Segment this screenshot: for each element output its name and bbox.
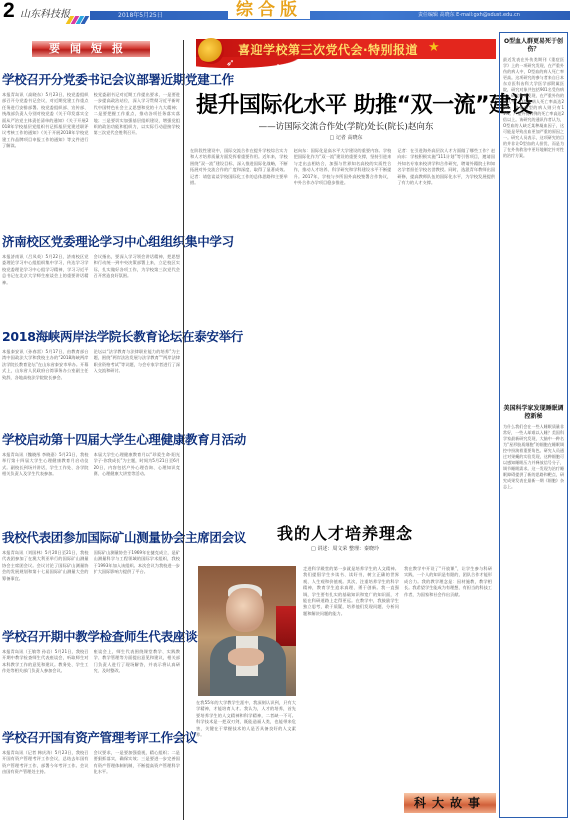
photo-hands xyxy=(228,648,264,666)
talk-column: 走进科学殿堂的第一步就是培养学生的人文精神。我们提倡学生多读书、读好书，树立正确… xyxy=(303,566,399,818)
story-headline[interactable]: 学校启动第十四届大学生心理健康教育月活动 xyxy=(2,430,180,448)
story-body: 本报青岛讯（高晓东）5月23日，校党委组织部召开分党委书记会议，对近期党建工作重… xyxy=(2,92,89,236)
sidebar-body: 最近发表在外伤类期刊《重症医学》上的一项研究发现，在严重外伤的病人中，O型血的病… xyxy=(503,57,564,397)
brief-story[interactable]: 我校代表团参加国际矿山测量协会主席团会议 本报青岛讯（刘国林）5月20日至21日… xyxy=(2,528,180,614)
photo-head xyxy=(226,588,264,632)
party-emblem-icon xyxy=(198,38,224,64)
talk-intro-text: 在我55年的大学教学生涯中，我深刻认识到，只有大学精神，才能培育人才。我认为，人… xyxy=(196,700,296,818)
story-body: 校党委副书记对近期工作提出要求，一是要进一步提高政治站位，深入学习贯彻习近平新时… xyxy=(94,92,181,236)
photo-books xyxy=(276,606,296,646)
page-number: 2 xyxy=(3,1,15,21)
brief-story[interactable]: 济南校区党委理论学习中心组组织集中学习 本报济南讯（吕凤英）5月22日，济南校区… xyxy=(2,232,180,312)
feature-column: 记者：在引进海外高层次人才方面做了哪些工作？赵向东：学校积极实施“111计划”等… xyxy=(397,148,495,496)
story-body: 论坛以“法学教育与法律职业能力的培养”为主题，围绕“两岸法治发展与法学教育”“两… xyxy=(94,349,181,425)
brief-story[interactable]: 学校召开国有资产管理考评工作会议 本报青岛讯（记者 韩庆涛）5月23日，我校召开… xyxy=(2,728,180,820)
masthead: 2 山东科技报 2018年5月25日 综合版 责任编辑 高晓东 E-mail:g… xyxy=(0,0,570,22)
story-body: 本报青岛讯（记者 韩庆涛）5月23日，我校召开国有资产管理考评工作会议，总结去年… xyxy=(2,750,89,820)
feature-headline[interactable]: 提升国际化水平 助推“双一流”建设 xyxy=(196,88,496,119)
banner-text: 喜迎学校第三次党代会·特别报道 xyxy=(238,41,418,58)
story-body: 本届大学生心理健康教育月以“珍爱生命·阳光学子·你我成长”为主题，时间为5月21… xyxy=(94,452,181,516)
editor-credit: 责任编辑 高晓东 E-mail:gxh@sdust.edu.cn xyxy=(418,11,520,20)
story-body: 座谈会上，师生代表围绕课堂教学、实践教学、教学管理等方面提出意见和建议，相关部门… xyxy=(94,649,181,719)
feature-column: 赵向东：国际化是高水平大学建设的重要内容。学校把国际化作为“双一流”建设的重要支… xyxy=(294,148,392,496)
brief-story[interactable]: 学校召开分党委书记会议部署近期党建工作 本报青岛讯（高晓东）5月23日，校党委组… xyxy=(2,70,180,236)
sidebar-headline[interactable]: 美国科学家发现睡眠调控新秘 xyxy=(503,405,564,421)
star-badge-icon: ★ xyxy=(428,40,440,55)
story-column-banner: 科大故事 xyxy=(404,793,496,813)
feature-subheadline: ——访国际交流合作处(学院)处长(院长)赵向东 xyxy=(196,120,496,132)
talk-column: 我在教学中开设了“开放课”，让学生参与科研实践，一个人的知识是有限的，团队合作才… xyxy=(404,566,492,748)
talk-byline: □ 讲述：周文荣 整理：秦晓玲 xyxy=(190,545,500,552)
story-body: 本报济南讯（吕凤英）5月22日，济南校区党委理论学习中心组组织集中学习，传达学习… xyxy=(2,254,89,312)
sidebar-headline[interactable]: O型血人群更易死于创伤？ xyxy=(503,38,564,54)
feature-byline: □ 记者 高晓东 xyxy=(196,134,496,141)
brief-story[interactable]: 学校启动第十四届大学生心理健康教育月活动 本报青岛讯（魏晓彤 李晓嘉）5月21日… xyxy=(2,430,180,516)
story-body: 国际矿山测量协会于1969年在捷克成立，是矿山测量科学与工程领域的国际学术组织，… xyxy=(94,550,181,614)
story-headline[interactable]: 我校代表团参加国际矿山测量协会主席团会议 xyxy=(2,528,180,546)
brief-story[interactable]: 学校召开期中教学检查师生代表座谈会 本报青岛讯（王敏等 孙岩）5月21日，我校召… xyxy=(2,627,180,719)
feature-body: 在阶段性建设中，国际交流合作在提升学校综合实力和人才培养质量方面发挥着重要作用。… xyxy=(190,148,495,496)
portrait-photo xyxy=(198,566,296,696)
edition-title: 综合版 xyxy=(228,1,310,19)
news-briefs-column: 要闻短报 学校召开分党委书记会议部署近期党建工作 本报青岛讯（高晓东）5月23日… xyxy=(0,38,183,820)
story-headline[interactable]: 2018海峡两岸法学院长教育论坛在泰安举行 xyxy=(2,327,180,345)
paper-name: 山东科技报 xyxy=(20,5,70,20)
story-body: 本报青岛讯（王敏等 孙岩）5月21日，我校召开期中教学检查师生代表座谈会，听取师… xyxy=(2,649,89,719)
column-divider xyxy=(183,40,184,820)
dove-icon: ➶ xyxy=(272,62,280,73)
story-headline[interactable]: 济南校区党委理论学习中心组组织集中学习 xyxy=(2,232,180,250)
sidebar-body: 为什么我们会在一些人睡眠质量非常好，一些人却难以入睡？美国科学家最新研究发现，大… xyxy=(503,424,564,820)
story-headline[interactable]: 学校召开分党委书记会议部署近期党建工作 xyxy=(2,70,180,88)
story-headline[interactable]: 学校召开期中教学检查师生代表座谈会 xyxy=(2,627,180,645)
brief-story[interactable]: 2018海峡两岸法学院长教育论坛在泰安举行 本报泰安讯（孙春雷）5月17日，由教… xyxy=(2,327,180,425)
science-sidebar: O型血人群更易死于创伤？ 最近发表在外伤类期刊《重症医学》上的一项研究发现，在严… xyxy=(499,32,568,818)
color-stripes-icon xyxy=(68,9,92,17)
story-body: 会议指出，要深入学习领会讲话精神，把思想和行动统一到中央决策部署上来，立足校区实… xyxy=(94,254,181,312)
talk-headline[interactable]: 我的人才培养理念 xyxy=(190,521,500,544)
story-body: 本报泰安讯（孙春雷）5月17日，由教育部台湾中国政法大学和我校主办的“2018海… xyxy=(2,349,89,425)
feature-column: 在阶段性建设中，国际交流合作在提升学校综合实力和人才培养质量方面发挥着重要作用。… xyxy=(190,148,288,496)
section-title: 要闻短报 xyxy=(32,41,150,57)
story-body: 会议要求，一是要加强重视，精心组织；二是要狠抓落实，确保实效；三是要进一步完善国… xyxy=(94,750,181,820)
story-body: 本报青岛讯（刘国林）5月20日至21日，我校代表团参加了在澳大利亚举行的国际矿山… xyxy=(2,550,89,614)
dove-icon: ➶ xyxy=(226,58,234,69)
story-body: 本报青岛讯（魏晓彤 李晓嘉）5月21日，我校举行第十四届大学生心理健康教育月启动… xyxy=(2,452,89,516)
story-headline[interactable]: 学校召开国有资产管理考评工作会议 xyxy=(2,728,180,746)
issue-date: 2018年5月25日 xyxy=(118,11,163,20)
